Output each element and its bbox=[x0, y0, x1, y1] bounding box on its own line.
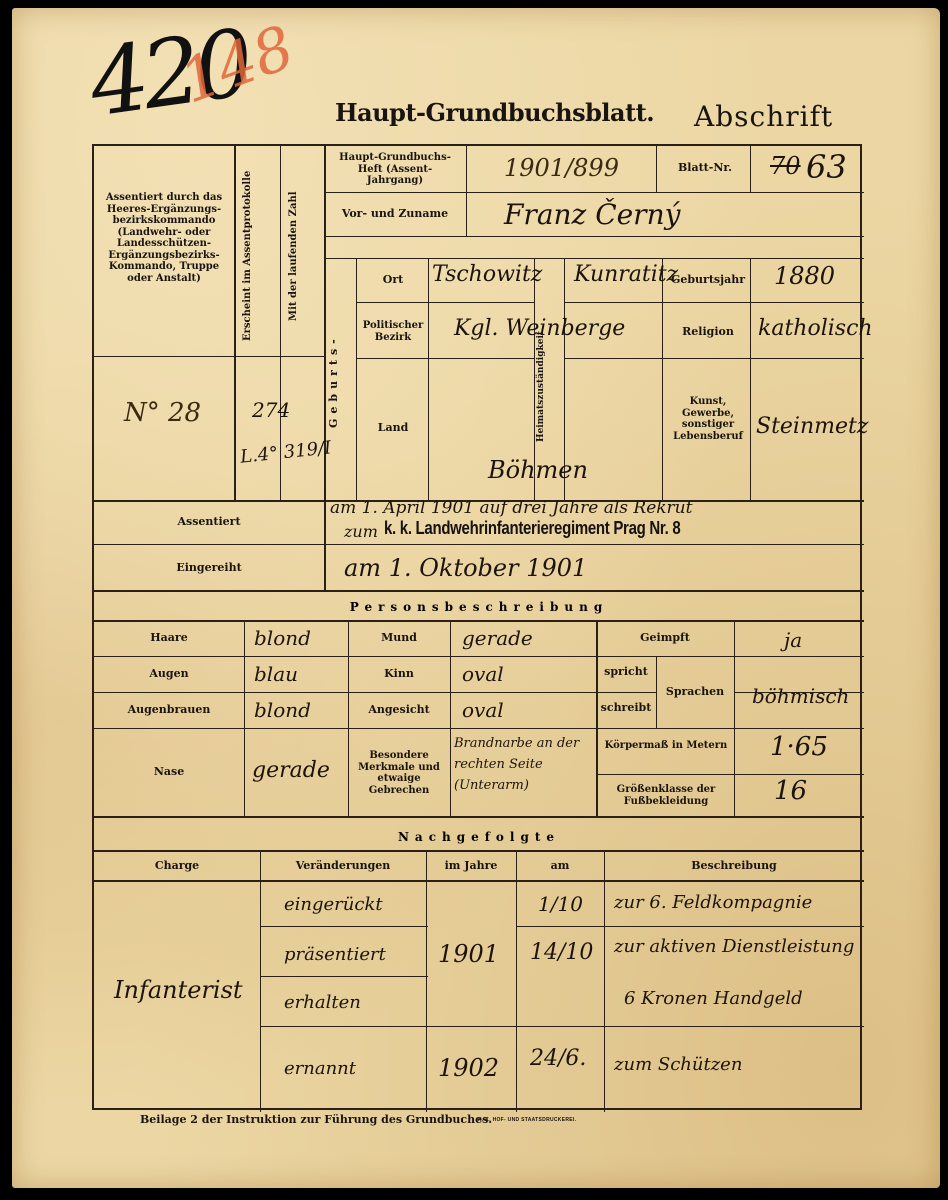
geburtsjahr-label: Geburtsjahr bbox=[666, 274, 750, 287]
nase-label: Nase bbox=[94, 766, 244, 779]
geimpft-label: Geimpft bbox=[596, 632, 734, 645]
date-row-1: 1/10 bbox=[538, 892, 583, 916]
desc-row-4: zum Schützen bbox=[614, 1054, 742, 1075]
stamp-prefix: zum bbox=[344, 522, 378, 541]
kinn-label: Kinn bbox=[348, 668, 450, 681]
regiment-stamp: k. k. Landwehrinfanterieregiment Prag Nr… bbox=[384, 518, 680, 539]
augenbrauen-value: blond bbox=[254, 698, 311, 722]
date-row-4: 24/6. bbox=[530, 1046, 586, 1071]
beruf-value: Steinmetz bbox=[756, 414, 868, 439]
footer-instruction: Beilage 2 der Instruktion zur Führung de… bbox=[140, 1113, 492, 1126]
religion-label: Religion bbox=[666, 326, 750, 339]
blatt-value: 63 bbox=[806, 148, 847, 186]
bezirk-label: Politischer Bezirk bbox=[358, 320, 428, 343]
haare-label: Haare bbox=[94, 632, 244, 645]
eingereiht-label: Eingereiht bbox=[94, 562, 324, 575]
nachgefolgte-title: Nachgefolgte bbox=[94, 830, 864, 844]
merkmale-label: Besondere Merkmale und etwaige Gebrechen bbox=[350, 750, 448, 796]
copy-mark: Abschrift bbox=[694, 100, 833, 133]
haare-value: blond bbox=[254, 626, 311, 650]
personsbeschreibung-title: Personsbeschreibung bbox=[94, 600, 864, 614]
nase-value: gerade bbox=[252, 758, 330, 783]
charge-value: Infanterist bbox=[114, 976, 243, 1004]
mund-label: Mund bbox=[348, 632, 450, 645]
mund-value: gerade bbox=[462, 626, 533, 650]
schuhgroesse-label: Größenklasse der Fußbekleidung bbox=[598, 784, 734, 807]
heft-value: 1901/899 bbox=[504, 154, 619, 182]
religion-value: katholisch bbox=[758, 316, 873, 341]
beruf-label: Kunst, Gewerbe, sonstiger Lebensberuf bbox=[666, 396, 750, 442]
schuhgroesse-value: 16 bbox=[774, 776, 807, 806]
col-beschreibung: Beschreibung bbox=[604, 860, 864, 873]
page-title: Haupt-Grundbuchsblatt. bbox=[335, 98, 654, 127]
assentiert-value: am 1. April 1901 auf drei Jahre als Rekr… bbox=[330, 498, 692, 518]
blatt-value-struck: 70 bbox=[770, 152, 801, 180]
desc-row-2: zur aktiven Dienstleistung bbox=[614, 936, 854, 957]
laufende-zahl-label: Mit der laufenden Zahl bbox=[288, 166, 318, 346]
col-charge: Charge bbox=[94, 860, 260, 873]
augen-value: blau bbox=[254, 662, 298, 686]
schreibt-label: schreibt bbox=[598, 702, 654, 715]
merkmale-value: Brandnarbe an der rechten Seite (Unterar… bbox=[454, 734, 594, 796]
koerpermass-value: 1·65 bbox=[770, 732, 828, 762]
printer-mark: K. K. HOF- UND STAATSDRUCKEREI. bbox=[478, 1117, 576, 1123]
change-row-4: ernannt bbox=[284, 1058, 356, 1079]
sprachen-label: Sprachen bbox=[656, 686, 734, 699]
year-row-4: 1902 bbox=[438, 1054, 499, 1082]
laufende-zahl-value: L.4° 319/I bbox=[239, 437, 332, 467]
land-label: Land bbox=[358, 422, 428, 435]
koerpermass-label: Körpermaß in Metern bbox=[598, 740, 734, 752]
change-row-3: erhalten bbox=[284, 992, 361, 1013]
col-veraenderungen: Veränderungen bbox=[260, 860, 426, 873]
name-value: Franz Černý bbox=[504, 198, 680, 231]
desc-row-3: 6 Kronen Handgeld bbox=[624, 988, 803, 1009]
augenbrauen-label: Augenbrauen bbox=[94, 704, 244, 717]
record-form: Assentiert durch das Heeres-Ergänzungs-b… bbox=[92, 144, 862, 1110]
augen-label: Augen bbox=[94, 668, 244, 681]
blatt-label: Blatt-Nr. bbox=[660, 162, 750, 175]
geburtsjahr-value: 1880 bbox=[774, 262, 835, 290]
col-am: am bbox=[516, 860, 604, 873]
protokoll-label: Erscheint im Assentprotokolle bbox=[242, 166, 272, 346]
heft-label: Haupt-Grundbuchs-Heft (Assent-Jahrgang) bbox=[330, 152, 460, 187]
kinn-value: oval bbox=[462, 662, 504, 686]
change-row-1: eingerückt bbox=[284, 894, 383, 915]
year-row-2: 1901 bbox=[438, 940, 499, 968]
assentiert-label: Assentiert bbox=[94, 516, 324, 529]
change-row-2: präsentiert bbox=[284, 944, 386, 965]
assent-command-label: Assentiert durch das Heeres-Ergänzungs-b… bbox=[100, 192, 228, 284]
heimat-ort-value: Kunratitz bbox=[574, 262, 678, 287]
angesicht-value: oval bbox=[462, 698, 504, 722]
name-label: Vor- und Zuname bbox=[330, 208, 460, 221]
geburts-label: Geburts- bbox=[328, 296, 354, 466]
heimat-label: Heimatszuständigkeit bbox=[536, 306, 562, 466]
ort-label: Ort bbox=[358, 274, 428, 287]
protokoll-value: 274 bbox=[252, 398, 290, 422]
geimpft-value: ja bbox=[784, 628, 802, 652]
eingereiht-value: am 1. Oktober 1901 bbox=[344, 554, 587, 582]
date-row-2: 14/10 bbox=[530, 940, 593, 965]
desc-row-1: zur 6. Feldkompagnie bbox=[614, 892, 812, 913]
spricht-label: spricht bbox=[598, 666, 654, 679]
angesicht-label: Angesicht bbox=[348, 704, 450, 717]
ort-value: Tschowitz bbox=[432, 262, 542, 287]
col-jahr: im Jahre bbox=[426, 860, 516, 873]
sprachen-value: böhmisch bbox=[752, 684, 849, 708]
assent-command-value: N° 28 bbox=[124, 398, 201, 428]
